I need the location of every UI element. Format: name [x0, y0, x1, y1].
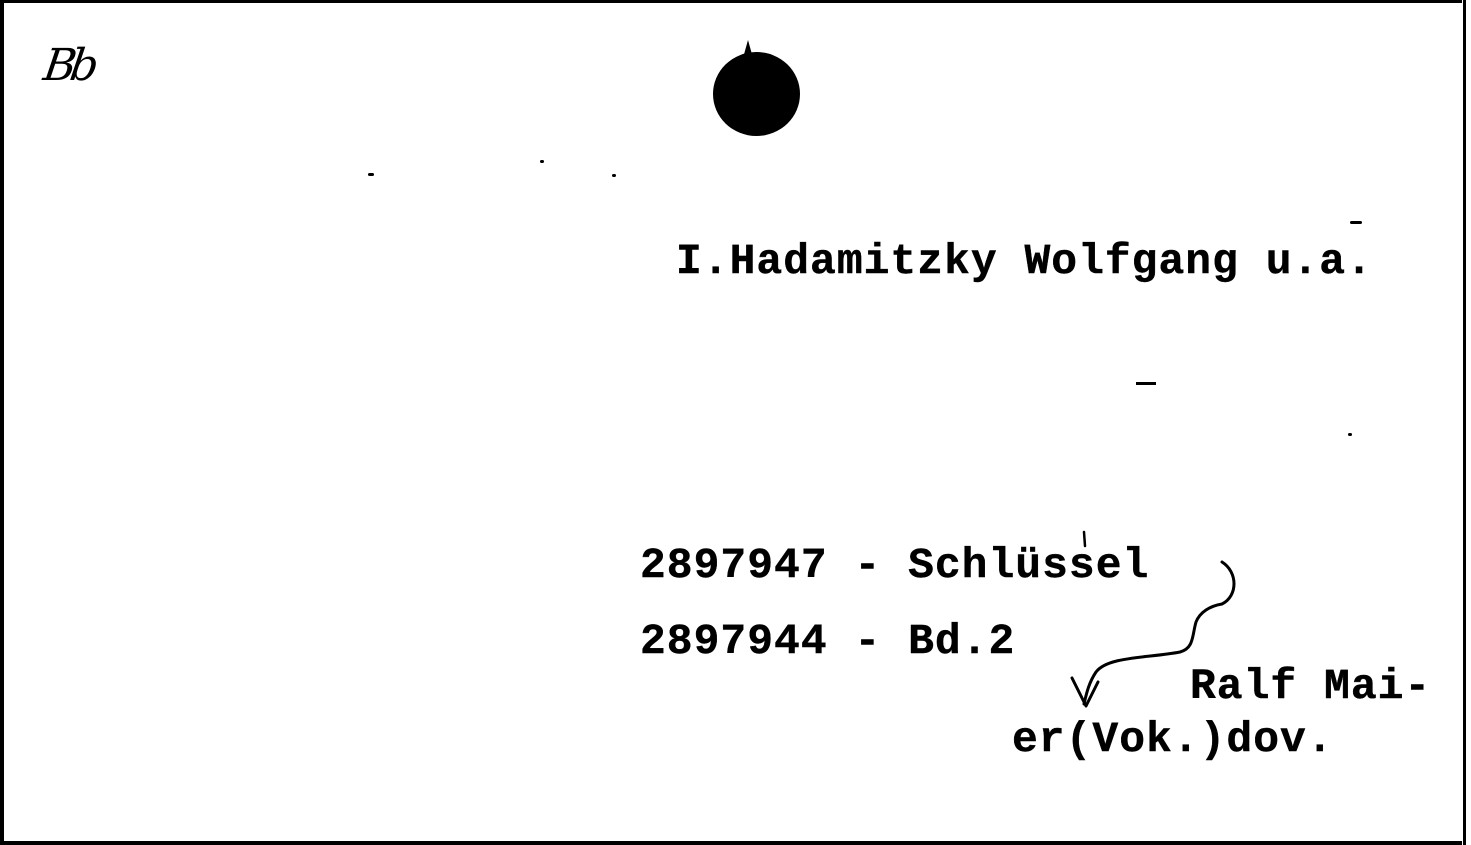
catalog-entry: 2897944 - Bd.2	[640, 620, 1015, 663]
scan-border-bottom	[0, 841, 1471, 845]
entry-number: 2897947	[640, 541, 828, 590]
scan-speck	[612, 174, 616, 177]
scan-border-left	[0, 0, 4, 845]
entry-number: 2897944	[640, 617, 828, 666]
entry-label: Schlüssel	[908, 541, 1149, 590]
scan-speck	[1348, 433, 1352, 436]
entry-separator: -	[854, 541, 881, 590]
scan-border-right	[1463, 0, 1466, 845]
index-card: Bb I.Hadamitzky Wolfgang u.a. 2897947 - …	[0, 0, 1471, 845]
note-line-2: er(Vok.)dov.	[1012, 718, 1334, 761]
handwritten-mark: Bb	[40, 40, 96, 91]
entry-separator: -	[854, 617, 881, 666]
punch-hole-icon	[713, 52, 800, 136]
scan-speck	[1350, 221, 1362, 224]
scan-speck	[540, 160, 544, 163]
note-line-1: Ralf Mai-	[1190, 665, 1431, 708]
dash-mark	[1136, 382, 1156, 385]
catalog-entry: 2897947 - Schlüssel	[640, 544, 1149, 587]
entry-label: Bd.2	[908, 617, 1015, 666]
scan-border-top	[0, 0, 1471, 3]
scan-speck	[368, 173, 374, 176]
card-title: I.Hadamitzky Wolfgang u.a.	[676, 240, 1373, 283]
